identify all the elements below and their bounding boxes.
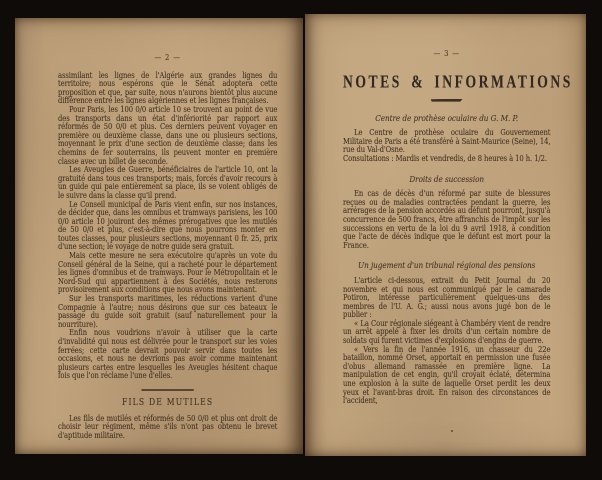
body-paragraph: L'article ci-dessous, extrait du Petit J… xyxy=(343,277,550,320)
section-heading: Droits de succession xyxy=(343,176,550,185)
body-paragraph: Pour Paris, les 100 0/0 article 10 se tr… xyxy=(58,106,277,166)
page-number: — 2 — xyxy=(58,54,277,63)
section-heading: Un jugement d'un tribunal régional des p… xyxy=(343,262,550,271)
section-heading: FILS DE MUTILES xyxy=(58,399,277,408)
body-paragraph: Mais cette mesure ne sera exécutoire qu'… xyxy=(58,252,277,295)
body-paragraph: En cas de décès d'un réformé par suite d… xyxy=(343,190,550,250)
body-paragraph: « La Cour régionale siégeant à Chambéry … xyxy=(343,320,550,346)
page-title: NOTES & INFORMATIONS xyxy=(343,73,550,93)
body-paragraph: Les fils de mutilés et réformés de 50 0/… xyxy=(58,415,277,441)
body-paragraph: assimilant les lignes de l'Algérie aux g… xyxy=(58,72,277,106)
left-page: — 2 — assimilant les lignes de l'Algérie… xyxy=(15,18,303,454)
right-page: — 3 — NOTES & INFORMATIONS Centre de pro… xyxy=(305,14,586,456)
section-divider xyxy=(141,389,194,391)
title-underline xyxy=(431,99,463,102)
page-number: — 3 — xyxy=(343,50,550,59)
right-page-text-column: — 3 — NOTES & INFORMATIONS Centre de pro… xyxy=(343,50,550,406)
section-heading: Centre de prothèse oculaire du G. M. P. xyxy=(343,115,550,124)
body-paragraph: Consultations : Mardis et vendredis, de … xyxy=(343,155,550,164)
body-paragraph: Sur les transports maritimes, les réduct… xyxy=(58,295,277,329)
body-paragraph: Enfin nous voudrions n'avoir à utiliser … xyxy=(58,329,277,381)
body-paragraph: Le Conseil municipal de Paris vient enfi… xyxy=(58,201,277,253)
left-page-text-column: — 2 — assimilant les lignes de l'Algérie… xyxy=(58,54,277,440)
body-paragraph: Les Aveugles de Guerre, bénéficiaires de… xyxy=(58,166,277,200)
ink-speck xyxy=(451,430,453,432)
body-paragraph: Le Centre de prothèse oculaire du Gouver… xyxy=(343,129,550,155)
body-paragraph: « Vers la fin de l'année 1916, un chasse… xyxy=(343,346,550,406)
